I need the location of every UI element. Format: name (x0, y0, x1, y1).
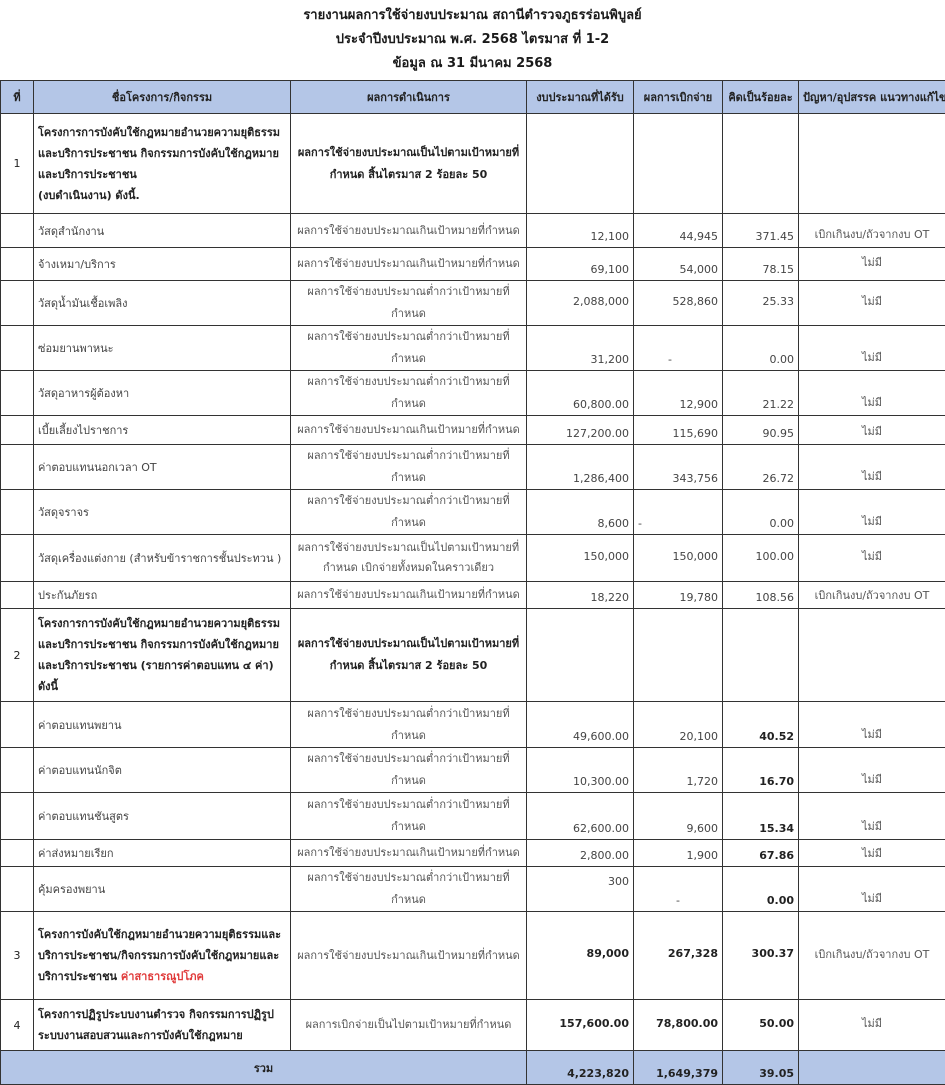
table-row: วัสดุอาหารผู้ต้องหา ผลการใช้จ่ายงบประมาณ… (1, 371, 945, 416)
header-name: ชื่อโครงการ/กิจกรรม (34, 81, 291, 114)
report-subtitle: ประจำปีงบประมาณ พ.ศ. 2568 ไตรมาส ที่ 1-2 (0, 28, 945, 52)
table-row: ค่าตอบแทนนักจิต ผลการใช้จ่ายงบประมาณต่ำก… (1, 748, 945, 793)
table-body: 1 โครงการการบังคับใช้กฎหมายอำนวยความยุติ… (1, 114, 945, 1025)
budget-report-table: ที่ ชื่อโครงการ/กิจกรรม ผลการดำเนินการ ง… (0, 80, 945, 1024)
header-issues: ปัญหา/อุปสรรค แนวทางแก้ไข (799, 81, 945, 114)
project-row: 1 โครงการการบังคับใช้กฎหมายอำนวยความยุติ… (1, 114, 945, 214)
report-title: รายงานผลการใช้จ่ายงบประมาณ สถานีตำรวจภูธ… (0, 0, 945, 28)
table-row: ค่าตอบแทนพยาน ผลการใช้จ่ายงบประมาณต่ำกว่… (1, 702, 945, 748)
table-row: ซ่อมยานพาหนะ ผลการใช้จ่ายงบประมาณต่ำกว่า… (1, 326, 945, 371)
project-no: 1 (1, 114, 34, 214)
table-row: วัสดุจราจร ผลการใช้จ่ายงบประมาณต่ำกว่าเป… (1, 490, 945, 535)
project-name: โครงการการบังคับใช้กฎหมายอำนวยความยุติธร… (34, 114, 291, 214)
table-row: วัสดุเครื่องแต่งกาย (สำหรับข้าราชการชั้น… (1, 535, 945, 582)
table-row: ค่าตอบแทนชันสูตร ผลการใช้จ่ายงบประมาณต่ำ… (1, 793, 945, 840)
report-title-block: รายงานผลการใช้จ่ายงบประมาณ สถานีตำรวจภูธ… (0, 0, 945, 80)
table-header-row: ที่ ชื่อโครงการ/กิจกรรม ผลการดำเนินการ ง… (1, 81, 945, 114)
table-row: คุ้มครองพยาน ผลการใช้จ่ายงบประมาณต่ำกว่า… (1, 867, 945, 912)
header-disbursed: ผลการเบิกจ่าย (634, 81, 723, 114)
table-row: ค่าตอบแทนนอกเวลา OT ผลการใช้จ่ายงบประมาณ… (1, 445, 945, 490)
project-result: ผลการใช้จ่ายงบประมาณเป็นไปตามเป้าหมายที่… (291, 609, 527, 702)
table-row: ประกันภัยรถ ผลการใช้จ่ายงบประมาณเกินเป้า… (1, 582, 945, 609)
table-row: วัสดุสำนักงาน ผลการใช้จ่ายงบประมาณเกินเป… (1, 214, 945, 248)
project-no: 3 (1, 912, 34, 1000)
table-row: วัสดุน้ำมันเชื้อเพลิง ผลการใช้จ่ายงบประม… (1, 281, 945, 326)
header-budget: งบประมาณที่ได้รับ (527, 81, 634, 114)
header-percent: คิดเป็นร้อยละ (723, 81, 799, 114)
project-row: 3 โครงการบังคับใช้กฎหมายอำนวยความยุติธรร… (1, 912, 945, 1000)
project-name: โครงการบังคับใช้กฎหมายอำนวยความยุติธรรมแ… (34, 912, 291, 1000)
project-row: 2 โครงการการบังคับใช้กฎหมายอำนวยความยุติ… (1, 609, 945, 702)
table-row: ค่าส่งหมายเรียก ผลการใช้จ่ายงบประมาณเกิน… (1, 840, 945, 867)
project-no: 4 (1, 1000, 34, 1025)
report-date: ข้อมูล ณ 31 มีนาคม 2568 (0, 52, 945, 76)
highlight-text: ค่าสาธารณูปโภค (121, 970, 204, 983)
header-result: ผลการดำเนินการ (291, 81, 527, 114)
project-no: 2 (1, 609, 34, 702)
project-name: โครงการปฏิรูประบบงานตำรวจ กิจกรรมการปฏิร… (34, 1000, 291, 1025)
project-name: โครงการการบังคับใช้กฎหมายอำนวยความยุติธร… (34, 609, 291, 702)
table-row: เบี้ยเลี้ยงไปราชการ ผลการใช้จ่ายงบประมาณ… (1, 416, 945, 445)
project-result: ผลการใช้จ่ายงบประมาณเป็นไปตามเป้าหมายที่… (291, 114, 527, 214)
header-no: ที่ (1, 81, 34, 114)
table-row: จ้างเหมา/บริการ ผลการใช้จ่ายงบประมาณเกิน… (1, 248, 945, 281)
project-row: 4 โครงการปฏิรูประบบงานตำรวจ กิจกรรมการปฏ… (1, 1000, 945, 1025)
